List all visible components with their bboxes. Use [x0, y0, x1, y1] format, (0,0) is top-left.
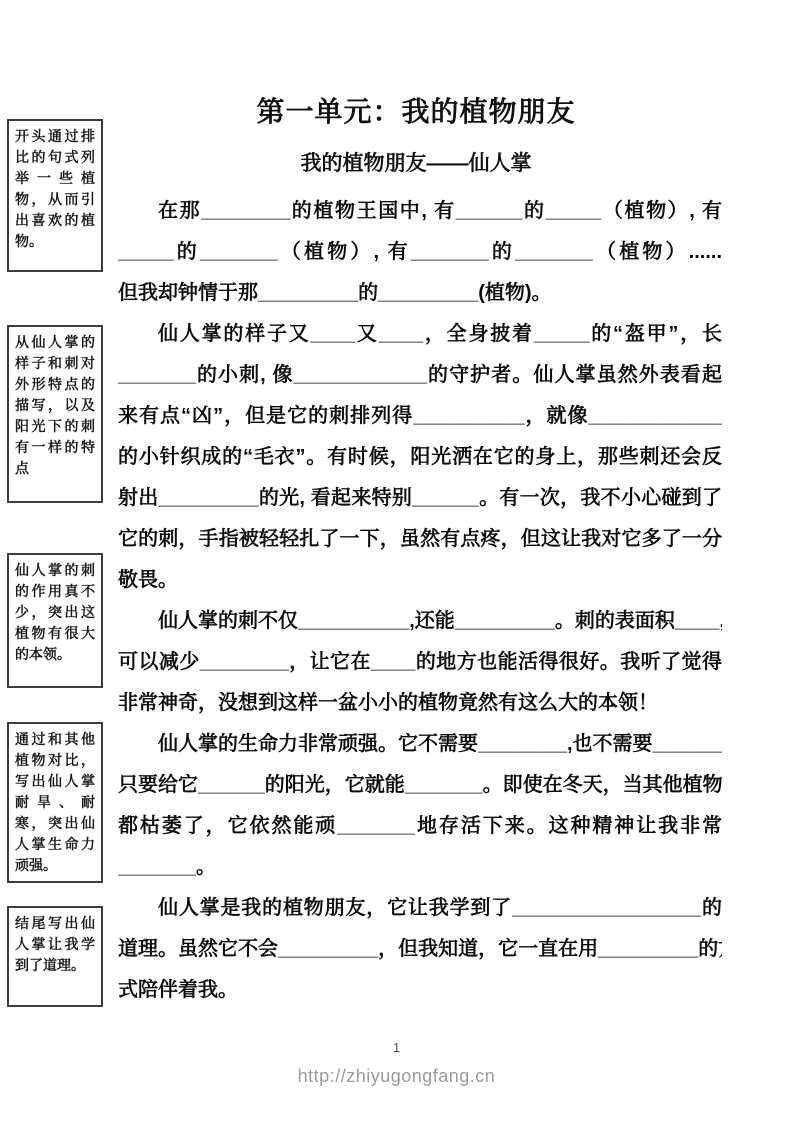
margin-note-intro: 开头通过排比的句式列举一些植物，从而引出喜欢的植物。	[7, 119, 103, 272]
body-line: 它的刺，手指被轻轻扎了一下，虽然有点疼，但这让我对它多了一分	[118, 519, 722, 560]
body-line: _______的小刺, 像____________的守护者。仙人掌虽然外表看起	[118, 355, 722, 396]
margin-note-comparison: 通过和其他植物对比，写出仙人掌耐旱、耐寒，突出仙人掌生命力顽强。	[7, 722, 103, 883]
body-line: 都枯萎了，它依然能顽_______地存活下来。这种精神让我非常	[118, 806, 722, 847]
body-line: 可以减少________，让它在____的地方也能活得很好。我听了觉得	[118, 642, 722, 683]
body-line: 但我却钟情于那_________的_________(植物)。	[118, 273, 722, 314]
body-line: _____的_______（植物）, 有_______的_______（植物）.…	[118, 232, 722, 273]
margin-note-appearance: 从仙人掌的样子和刺对外形特点的描写，以及阳光下的刺有一样的特点	[7, 325, 103, 503]
body-line: 非常神奇，没想到这样一盆小小的植物竟然有这么大的本领！	[118, 683, 722, 724]
paragraph-2: 仙人掌的样子又____又____，全身披着_____的“盔甲”，长 ______…	[118, 314, 722, 601]
body-line: 道理。虽然它不会_________，但我知道，它一直在用_________的方	[118, 929, 722, 970]
body-line: 来有点“凶”，但是它的刺排列得__________，就像____________	[118, 396, 722, 437]
body-text: 在那________的植物王国中, 有______的_____（植物）, 有 _…	[118, 191, 722, 1011]
paragraph-5: 仙人掌是我的植物朋友，它让我学到了_________________的 道理。虽…	[118, 888, 722, 1011]
body-line: 在那________的植物王国中, 有______的_____（植物）, 有	[118, 191, 722, 232]
page-title: 第一单元：我的植物朋友	[110, 90, 722, 130]
body-line: 只要给它______的阳光，它就能_______。即使在冬天，当其他植物	[118, 765, 722, 806]
body-line: 仙人掌的生命力非常顽强。它不需要________,也不需要_______,	[118, 724, 722, 765]
paragraph-4: 仙人掌的生命力非常顽强。它不需要________,也不需要_______, 只要…	[118, 724, 722, 888]
margin-note-thorn-function: 仙人掌的刺的作用真不少，突出这植物有很大的本领。	[7, 553, 103, 688]
document-page: 第一单元：我的植物朋友 我的植物朋友——仙人掌 开头通过排比的句式列举一些植物，…	[0, 0, 793, 1122]
body-line: _______。	[118, 847, 722, 888]
margin-note-conclusion: 结尾写出仙人掌让我学到了道理。	[7, 906, 103, 1007]
body-line: 射出_________的光, 看起来特别______。有一次，我不小心碰到了	[118, 478, 722, 519]
paragraph-1: 在那________的植物王国中, 有______的_____（植物）, 有 _…	[118, 191, 722, 314]
body-line: 式陪伴着我。	[118, 970, 722, 1011]
footer-url: http://zhiyugongfang.cn	[0, 1066, 793, 1087]
page-number: 1	[0, 1040, 793, 1055]
body-line: 仙人掌是我的植物朋友，它让我学到了_________________的	[118, 888, 722, 929]
page-subtitle: 我的植物朋友——仙人掌	[110, 147, 722, 177]
body-line: 敬畏。	[118, 560, 722, 601]
body-line: 仙人掌的样子又____又____，全身披着_____的“盔甲”，长	[118, 314, 722, 355]
body-line: 的小针织成的“毛衣”。有时候，阳光洒在它的身上，那些刺还会反	[118, 437, 722, 478]
paragraph-3: 仙人掌的刺不仅__________,还能_________。刺的表面积____,…	[118, 601, 722, 724]
body-line: 仙人掌的刺不仅__________,还能_________。刺的表面积____,	[118, 601, 722, 642]
